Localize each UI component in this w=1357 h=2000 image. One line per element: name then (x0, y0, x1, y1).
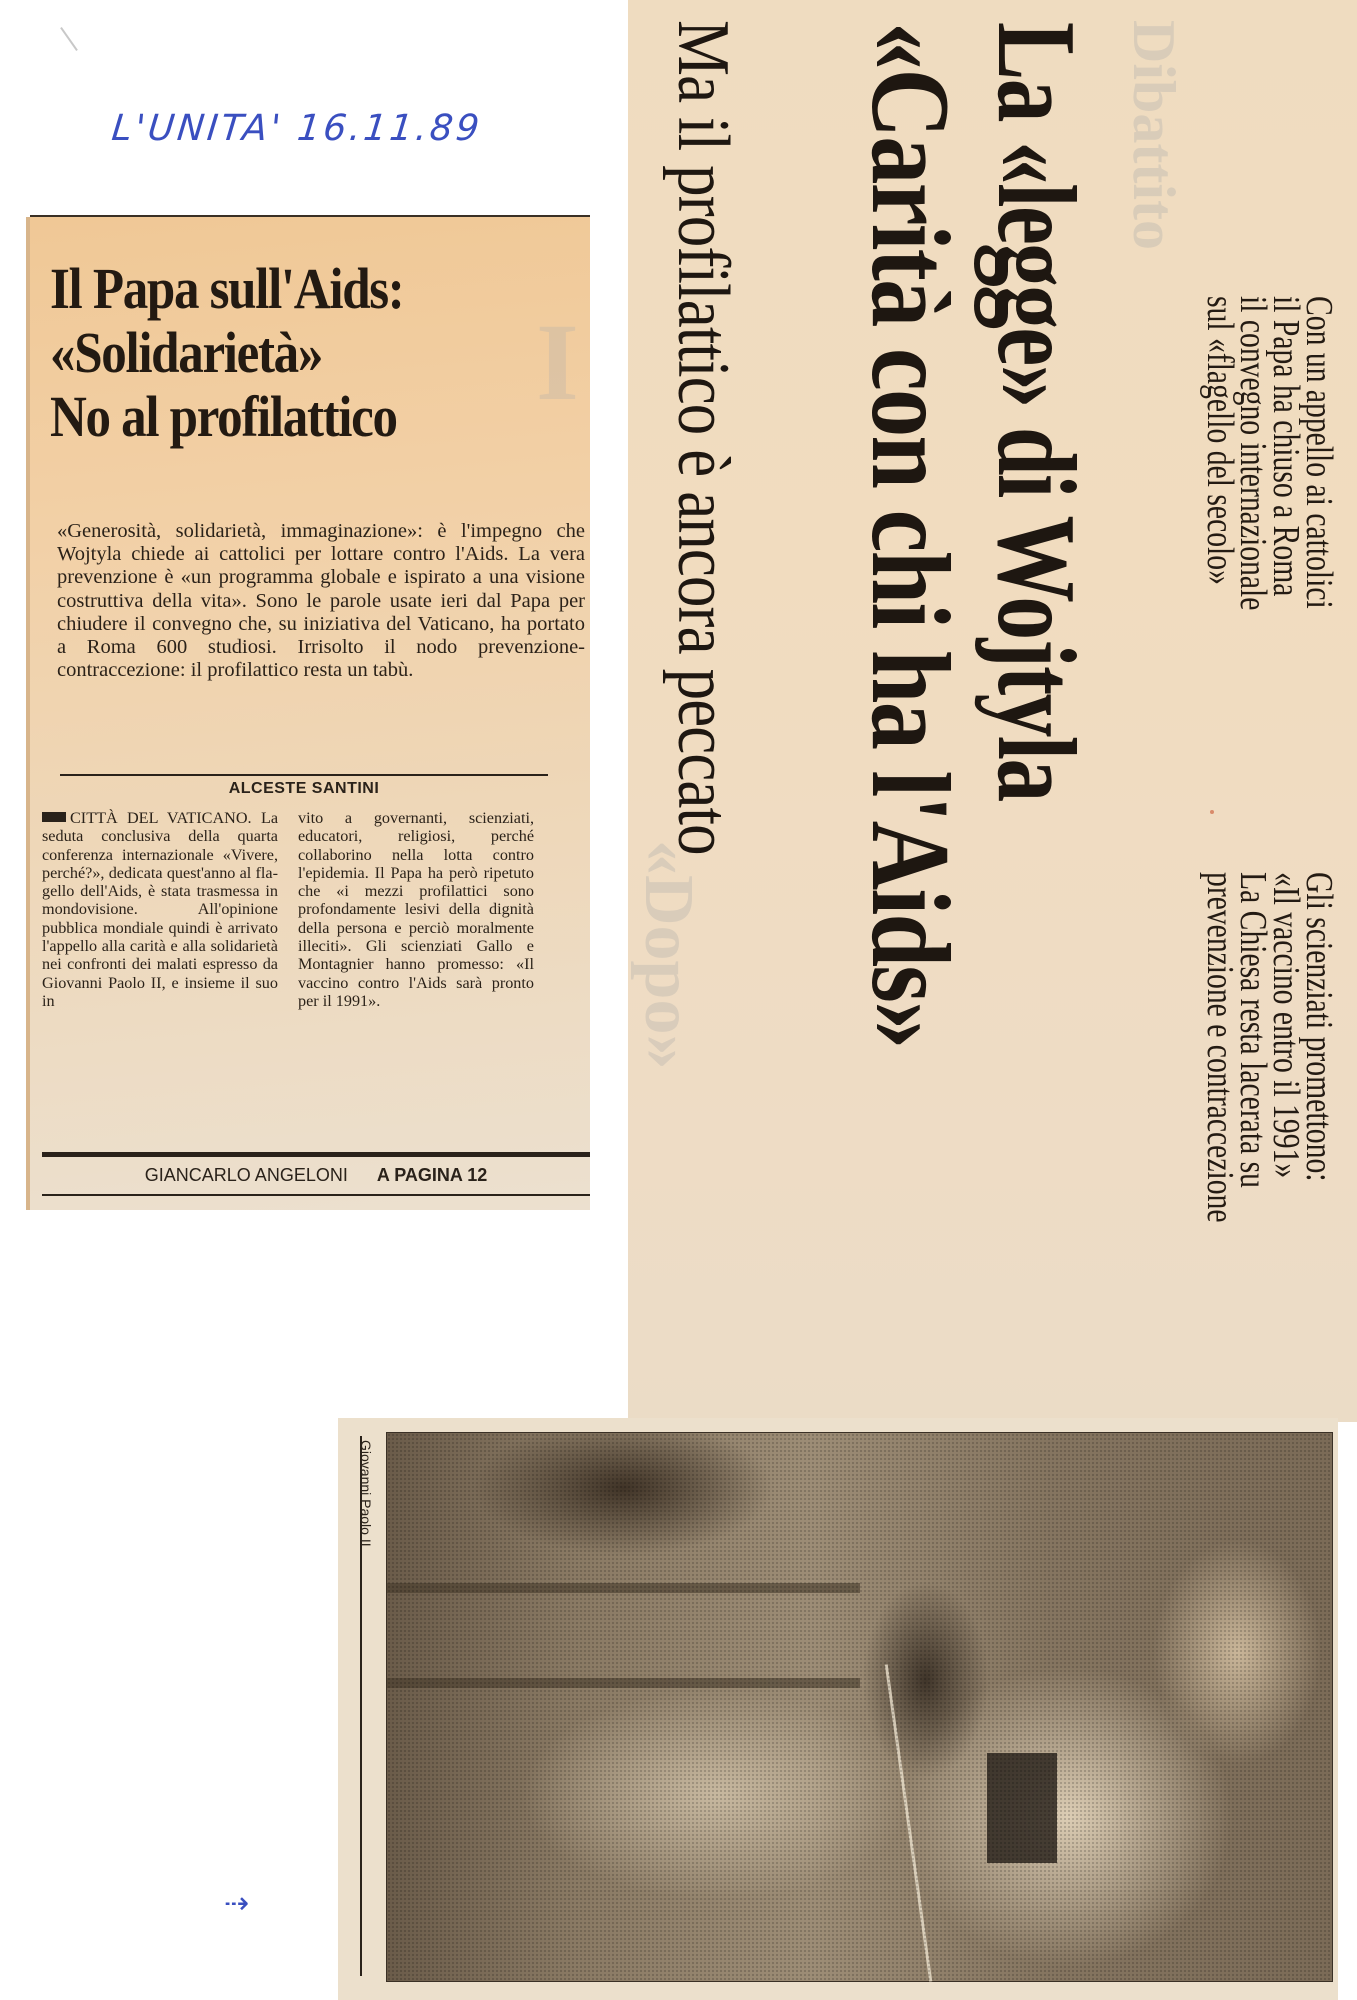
left-headline: Il Papa sull'Aids: «Solidarietà» No al p… (50, 257, 508, 449)
left-headline-line-3: No al profilattico (50, 385, 508, 449)
left-headline-line-1: Il Papa sull'Aids: (50, 257, 508, 321)
bleed-through-text: I (536, 307, 576, 427)
ink-speck (1210, 810, 1214, 814)
footer-rule-thin (42, 1194, 590, 1196)
deck-right-line: prevenzione e contraccezione (1203, 872, 1236, 1223)
left-headline-line-2: «Solidarietà» (50, 321, 508, 385)
column-1-text: La seduta conclusiva della quarta confer… (42, 809, 278, 1010)
arrow-icon: ⇢ (224, 1886, 249, 1921)
deck-right: Gli scienziati promettono: «Il vaccino e… (1203, 872, 1335, 1223)
bleed-through-text: «Dopo» (628, 840, 708, 1069)
footer-page-ref: A PAGINA 12 (377, 1165, 487, 1185)
right-subhead: Ma il profilattico è ancora peccato (666, 20, 740, 855)
right-headline-line-1: La «legge» di Wojtyla (980, 22, 1092, 801)
photo-rail (387, 1583, 860, 1593)
body-column-1: CITTÀ DEL VATICANO. La seduta conclusiva… (42, 809, 278, 1010)
photo-caption: Giovanni Paolo II (358, 1440, 374, 1547)
right-headline-line-2: «Carità con chi ha l'Aids» (854, 22, 966, 1048)
photo-clipping: Giovanni Paolo II (338, 1418, 1338, 2000)
photo-rail (387, 1678, 860, 1688)
deck-left: Con un appello ai cattolici il Papa ha c… (1203, 296, 1335, 610)
clipping-edge (26, 217, 30, 1210)
dateline-marker (42, 812, 66, 822)
dateline: CITTÀ DEL VATICANO. (70, 809, 252, 827)
bleed-through-text: Dibattito (1119, 20, 1188, 250)
deck-left-line: sul «flagello del secolo» (1203, 296, 1236, 610)
photo-dark-figure (987, 1753, 1057, 1863)
handwritten-source-date: L'UNITA' 16.11.89 (110, 108, 484, 149)
left-article-clipping: I Il Papa sull'Aids: «Solidarietà» No al… (30, 215, 590, 1210)
body-column-2: vito a governanti, scienziati, educatori… (298, 809, 534, 1010)
pope-photo (386, 1432, 1333, 1982)
byline-rule (60, 774, 548, 776)
article-footer: GIANCARLO ANGELONI A PAGINA 12 (42, 1165, 590, 1186)
byline: ALCESTE SANTINI (60, 780, 548, 798)
footer-author: GIANCARLO ANGELONI (145, 1165, 348, 1185)
corner-pen-mark (60, 27, 78, 51)
footer-rule-thick (42, 1152, 590, 1157)
photo-stand (885, 1664, 933, 1981)
left-summary: «Generosità, solidarietà, immaginazione»… (57, 520, 585, 682)
